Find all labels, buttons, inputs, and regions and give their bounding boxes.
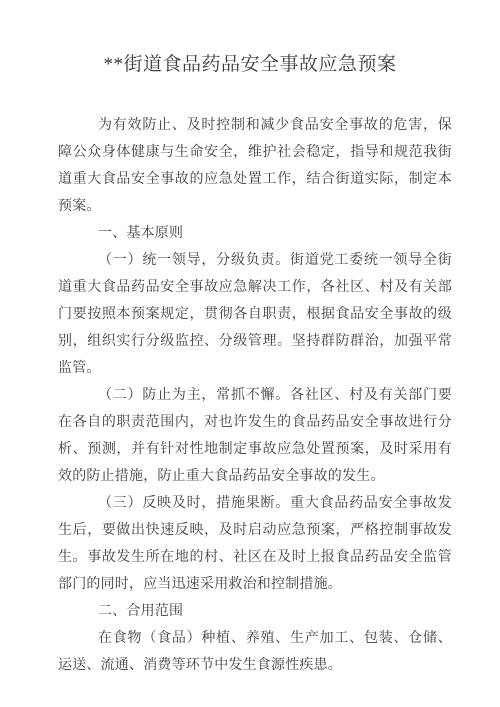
section-heading-scope: 二、合用范围 — [58, 598, 452, 625]
paragraph-principle-2: （二）防止为主，常抓不懈。各社区、村及有关部门要在各自的职责范围内，对也许发生的… — [58, 382, 452, 490]
section-heading-basic-principles: 一、基本原则 — [58, 220, 452, 247]
paragraph-intro: 为有效防止、及时控制和减少食品安全事故的危害，保障公众身体健康与生命安全，维护社… — [58, 112, 452, 220]
paragraph-scope: 在食物（食品）种植、养殖、生产加工、包装、仓储、运送、流通、消费等环节中发生食源… — [58, 625, 452, 679]
document-page: **街道食品药品安全事故应急预案 为有效防止、及时控制和减少食品安全事故的危害，… — [0, 0, 500, 707]
document-body: 为有效防止、及时控制和减少食品安全事故的危害，保障公众身体健康与生命安全，维护社… — [58, 112, 452, 679]
paragraph-principle-3: （三）反映及时，措施果断。重大食品药品安全事故发生后，要做出快速反映，及时启动应… — [58, 490, 452, 598]
paragraph-principle-1: （一）统一领导，分级负责。街道党工委统一领导全街道重大食品药品安全事故应急解决工… — [58, 247, 452, 382]
document-title: **街道食品药品安全事故应急预案 — [0, 0, 500, 78]
